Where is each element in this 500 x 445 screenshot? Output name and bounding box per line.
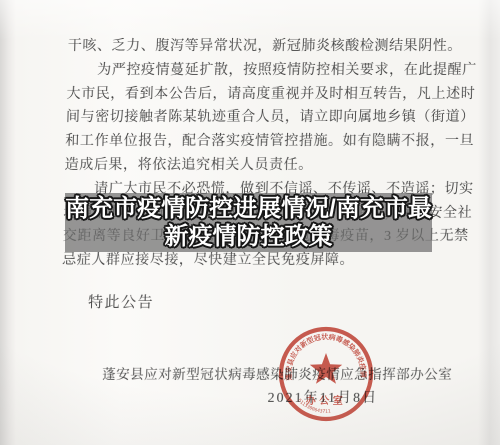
seal-star-icon [310, 353, 342, 384]
notice-photo: 干咳、乏力、腹泻等异常状况，新冠肺炎核酸检测结果阴性。 为严控疫情蔓延扩散，按照… [0, 0, 500, 445]
body-line: 忌症人群应接尽接，尽快建立全民免疫屏障。 [62, 249, 461, 269]
body-line: 干咳、乏力、腹泻等异常状况，新冠肺炎核酸检测结果阴性。 [68, 35, 467, 55]
closing-phrase: 特此公告 [88, 291, 155, 312]
headline-overlay-banner: 南充市疫情防控进展情况/南充市最 新疫情防控政策 [65, 193, 432, 252]
headline-line1: 南充市疫情防控进展情况/南充市最 [65, 195, 432, 223]
headline-line2: 新疫情防控政策 [165, 223, 333, 251]
body-line: 大市民，看到本公告后，请高度重视并及时相互转告，凡上述时 [66, 83, 465, 103]
seal-bottom-label: 办公室 [306, 394, 347, 407]
body-line: 间与密切接触者陈某轨迹重合人员，请立即向属地乡镇（街道） [66, 106, 465, 126]
body-line: 和工作单位报告，配合落实疫情管控措施。如有隐瞒不报，一旦 [65, 130, 464, 150]
official-seal-stamp: 蓬安县应对新型冠状病毒感染肺炎疫情应急指挥部 办公室 5113300643711 [276, 324, 376, 424]
body-line: 为严控疫情蔓延扩散，按照疫情防控相关要求，在此提醒广 [67, 59, 496, 79]
body-line: 造成后果，将依法追究相关人员责任。 [64, 154, 463, 174]
